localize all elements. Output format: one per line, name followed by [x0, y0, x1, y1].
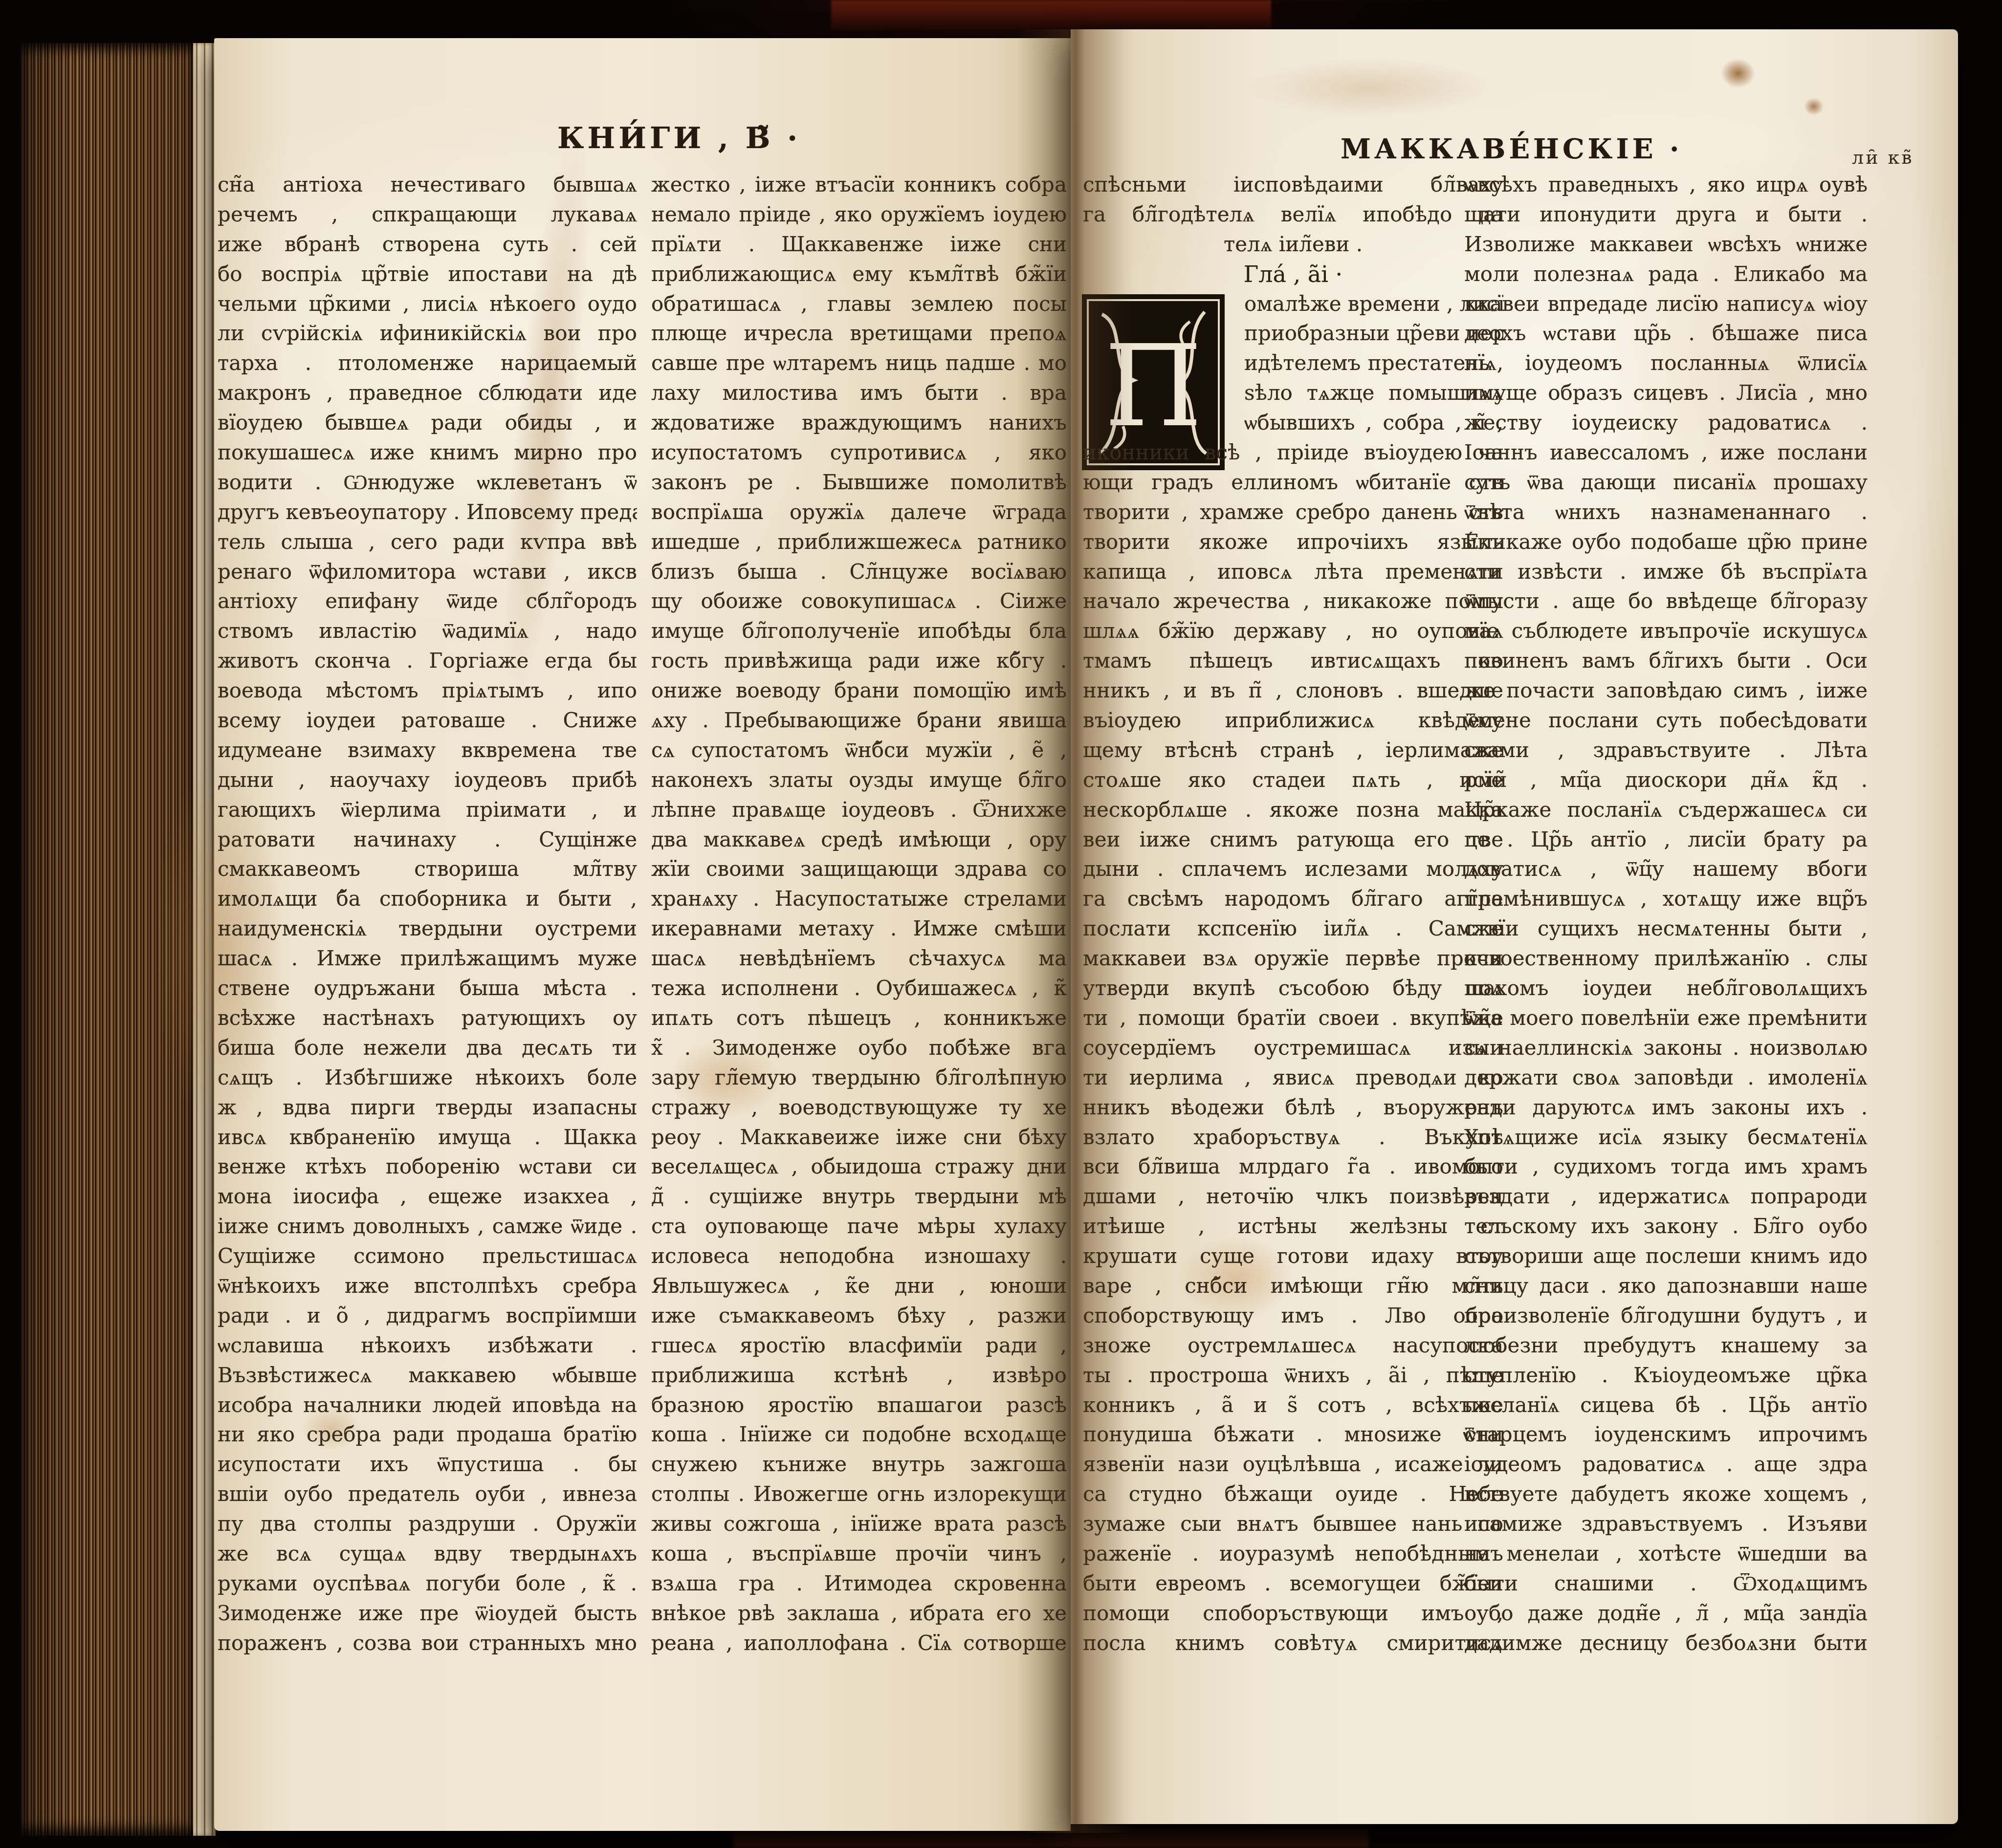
text-line: сѧщъ . Избѣгшиже нѣкоихъ боле	[218, 1063, 637, 1093]
text-line: творити , храмже сребро данень ств	[1083, 498, 1503, 527]
text-column-3: спѣсньми іисповѣдаими бл̃вахуга бл̃годѣт…	[1083, 170, 1503, 1658]
text-line: споборствующу имъ . Лво обра	[1083, 1301, 1503, 1331]
text-line: оубо даже додн̃е , л̃ , мц̃а зандїа	[1464, 1599, 1868, 1629]
text-line: суть ѿва дающи писанїѧ прошаху	[1464, 468, 1868, 498]
text-line: вси бл̃виша млрдаго г̃а . ивомого	[1083, 1152, 1503, 1182]
text-line: ствїи сущихъ несмѧтенны быти ,	[1464, 914, 1868, 944]
text-line: коша . Інїиже си подобне всходѧще	[651, 1420, 1067, 1450]
text-line: нескорблѧше . якоже позна макка	[1083, 795, 1503, 825]
text-line: шасѧ невѣдѣнїемъ сѣчахусѧ ма	[651, 944, 1067, 974]
text-line: имолѧщи б̃а споборника и быти ,	[218, 884, 637, 914]
text-line: ѿпусти . аще бо ввѣдеще бл̃горазу	[1464, 587, 1868, 616]
text-line: х̃ . Зимоденже оубо побѣже вга	[651, 1033, 1067, 1063]
text-line: въіоудею иприближисѧ квѣдесу	[1083, 706, 1503, 736]
text-line: повиненъ вамъ бл̃гихъ быти . Оси	[1464, 646, 1868, 676]
text-line: лаху милостива имъ быти . вра	[651, 378, 1067, 408]
svg-text:П: П	[1104, 322, 1203, 452]
text-line: ѡвсѣхъ праведныхъ , яко ицрѧ оувѣ	[1464, 170, 1868, 200]
text-line: тарха . птоломенже нарицаемый	[218, 348, 637, 378]
text-line: послати кспсенїю іил̃ѧ . Самже	[1083, 914, 1503, 944]
text-line: щу обоиже совокупишасѧ . Сіиже	[651, 587, 1067, 616]
text-line: Еликаже оубо подобаше цр̃ю прине	[1464, 527, 1868, 557]
text-line: пораженъ , созва вои странныхъ мно	[218, 1629, 637, 1658]
text-line: жїи своими защищающи здрава со	[651, 854, 1067, 884]
text-line: ни яко сребра ради продаша братїю	[218, 1420, 637, 1450]
text-line: д̃ . сущіиже внутрь твердыни мѣ	[651, 1182, 1067, 1212]
text-line: веселѧщесѧ , обыидоша стражу дни	[651, 1152, 1067, 1182]
text-line: тель слыша , сего ради кѵпра ввѣ	[218, 527, 637, 557]
text-line: ющи градъ еллиномъ ѡбитанїе ств	[1083, 468, 1503, 498]
text-line: тежа исполнени . Оубишажесѧ , к̃	[651, 974, 1067, 1003]
text-line: ксвоественному прилѣжанїю . слы	[1464, 944, 1868, 974]
text-line: всѣхже настѣнахъ ратующихъ оу	[218, 1003, 637, 1033]
text-line: исловеса неподобна изношаху .	[651, 1241, 1067, 1271]
text-line: га свсѣмъ народомъ бл̃гаго агг̃ла	[1083, 884, 1503, 914]
text-line: стражу , воеводствующуже ту хе	[651, 1093, 1067, 1123]
text-line: ли сѵрійскіѧ ифиникійскіѧ вои про	[218, 319, 637, 348]
text-line: Сущіиже ссимоно прельстишасѧ	[218, 1241, 637, 1271]
text-line: ствене оудръжани быша мѣста .	[218, 974, 637, 1003]
text-line: нїѧ іоудеомъ посланныѧ ѿлисїѧ	[1464, 348, 1868, 378]
text-line: ѿнѣкоихъ иже впстолпѣхъ сребра	[218, 1271, 637, 1301]
running-title-left: КНИ́ГИ , В̃ ·	[557, 121, 801, 155]
text-line: руками оуспѣваѧ погуби боле , к̃ .	[218, 1569, 637, 1599]
text-line: сътвориши аще послеши книмъ идо	[1464, 1241, 1868, 1271]
text-line: водити . Ѡнюдуже ѡклеветанъ ѿ	[218, 468, 637, 498]
text-line: коша , въспрїѧвше прочїи чинъ ,	[651, 1539, 1067, 1569]
running-title-right: МАККАВЕ́НСКІЕ ·	[1341, 133, 1682, 165]
text-line: зумаже сыи внѧтъ бывшее нань по	[1083, 1509, 1503, 1539]
chapter-body: иконники всѣ , пріиде въіоудею чающи гра…	[1083, 438, 1503, 1658]
text-line: иже вбранѣ створена суть . сей	[218, 230, 637, 260]
text-line: зноже оустремлѧшесѧ насупоста	[1083, 1331, 1503, 1361]
text-line: посланїѧ сицева бѣ . Цр̃ь антїо	[1464, 1391, 1868, 1420]
text-line: язвенїи нази оуцѣлѣвша , исаже ли	[1083, 1450, 1503, 1479]
text-line: сницу даси . яко дапознавши наше	[1464, 1271, 1868, 1301]
text-line: вствуете дабудетъ якоже хощемъ ,	[1464, 1479, 1868, 1509]
text-line: законъ ре . Бывшиже помолитвѣ	[651, 468, 1067, 498]
text-line: имуще бл̃гополученїе ипобѣды бла	[651, 616, 1067, 646]
text-line: дшами , неточїю члкъ поизвѣрен	[1083, 1182, 1503, 1212]
text-line: помощи споборъствующи имъ ,	[1083, 1599, 1503, 1629]
text-line: лѣпне правѧще іоудеовъ . Ѿнихже	[651, 795, 1067, 825]
text-line: два маккавеѧ средѣ имѣющи , ору	[651, 825, 1067, 855]
text-line: ж , вдва пирги тверды изапасны	[218, 1093, 637, 1123]
text-column-1: сн̃а антіоха нечестиваго бывшаѧречемъ , …	[218, 170, 637, 1658]
text-line: ккавеи впредаде лисїю написуѧ ѡіоу	[1464, 289, 1868, 319]
text-line: Изволиже маккавеи ѡвсѣхъ ѡниже	[1464, 230, 1868, 260]
text-line: конникъ , а̃ и ѕ̃ сотъ , всѣхъже	[1083, 1391, 1503, 1420]
text-line: зару гл̃емую твердыню бл̃голѣпную	[651, 1063, 1067, 1093]
text-line: взѧша гра . Итимодеа скровенна	[651, 1569, 1067, 1599]
text-line: речемъ , спкращающи лукаваѧ	[218, 200, 637, 230]
text-line: хранѧху . Насупостатыже стрелами	[651, 884, 1067, 914]
text-line: га бл̃годѣтелѧ велїѧ ипобѣдо да	[1083, 200, 1503, 230]
text-line: исамиже здравъствуемъ . Изъяви	[1464, 1509, 1868, 1539]
text-line: биша боле нежели два десѧть ти	[218, 1033, 637, 1063]
text-line: сти извѣсти . имже бѣ въспрїѧта	[1464, 557, 1868, 587]
text-line: мона іиосифа , ещеже изакхеа ,	[218, 1182, 637, 1212]
text-line: ѡславиша нѣкоихъ избѣжати .	[218, 1331, 637, 1361]
text-line: дыни , наоучаху іоудеовъ прибѣ	[218, 765, 637, 795]
stain	[1804, 98, 1824, 115]
text-line: смаккавеомъ створиша мл̃тву	[218, 854, 637, 884]
text-line: нникъ вѣодежи бѣлѣ , въоруженъ	[1083, 1093, 1503, 1123]
text-line: ѿвѣта ѡнихъ назнаменаннаго .	[1464, 498, 1868, 527]
text-line: доватисѧ , ѿц̃у нашему вбоги	[1464, 854, 1868, 884]
text-line: моли полезнаѧ рада . Еликабо ма	[1464, 260, 1868, 289]
text-line: нникъ , и въ п̃ , слоновъ . вшедше	[1083, 676, 1503, 706]
text-line: вшіи оубо предатель оуби , ивнеза	[218, 1479, 637, 1509]
chapter-heading: Гла́ , а̃і ·	[1083, 260, 1503, 289]
text-line: шасѧ . Имже прилѣжащимъ муже	[218, 944, 637, 974]
text-line: на менелаи , хотѣсте ѿшедши ва	[1464, 1539, 1868, 1569]
text-line: рми̃ , мц̃а диоскори дн̃ѧ к̃д .	[1464, 765, 1868, 795]
text-line: итѣише , истѣны желѣзны ст	[1083, 1212, 1503, 1241]
text-line: ратовати начинаху . Сущінже	[218, 825, 637, 855]
folio-number: ли̑ кв̃	[1852, 147, 1914, 168]
text-line: макронъ , праведное сблюдати иде	[218, 378, 637, 408]
text-line: мїе съблюдете ивъпрочїе искушусѧ	[1464, 616, 1868, 646]
text-line: столпы . Ивожегше огнь излорекущи	[651, 1479, 1067, 1509]
text-line: снужею къниже внутрь зажгоша	[651, 1450, 1067, 1479]
text-line: це . Цр̃ь антїо , лисїи брату ра	[1464, 825, 1868, 855]
text-line: раженїе . иоуразумѣ непобѣднымъ	[1083, 1539, 1503, 1569]
text-line: ѧху . Пребывающиже брани явиша	[651, 706, 1067, 736]
text-line: приближающисѧ ему къмл̃твѣ бж̃їи	[651, 260, 1067, 289]
text-line: въздати , идержатисѧ попрароди	[1464, 1182, 1868, 1212]
text-column-2: жестко , іиже втъасїи конникъ собранемал…	[651, 170, 1067, 1658]
text-line: премѣнившусѧ , хотѧщу иже вцр̃ъ	[1464, 884, 1868, 914]
text-column-4: ѡвсѣхъ праведныхъ , яко ицрѧ оувѣщати ип…	[1464, 170, 1868, 1658]
text-line: шлѧѧ бж̃їю державу , но оуповаѧ	[1083, 616, 1503, 646]
text-line: быти , судихомъ тогда имъ храмъ	[1464, 1152, 1868, 1182]
paragraph-end: спѣсньми іисповѣдаими бл̃вахуга бл̃годѣт…	[1083, 170, 1503, 230]
text-line: спѣсньми іисповѣдаими бл̃ваху	[1083, 170, 1503, 200]
text-line: любезни пребудутъ кнашему за	[1464, 1331, 1868, 1361]
text-line: посла книмъ совѣтуѧ смиритисѧ	[1083, 1629, 1503, 1658]
text-line: воевода мѣстомъ пріѧтымъ , ипо	[218, 676, 637, 706]
text-line: взлато храборъствуѧ . Въкупѣ	[1083, 1123, 1503, 1152]
text-line: бо воспріѧ цр̃твіе ипостави на дѣ	[218, 260, 637, 289]
text-line: маккавеи взѧ оружїе первѣе прочи	[1083, 944, 1503, 974]
text-line: иконники всѣ , пріиде въіоудею ча	[1083, 438, 1503, 468]
text-line: быти снашими . Ѿходѧщимъ	[1464, 1569, 1868, 1599]
text-line: немало пріиде , яко оружїемъ іоудею	[651, 200, 1067, 230]
text-line: ради . и о̃ , дидрагмъ воспрїимши	[218, 1301, 637, 1331]
text-line: же почасти заповѣдаю симъ , іиже	[1464, 676, 1868, 706]
text-line: щему втѣснѣ странѣ , іерлимаже	[1083, 736, 1503, 765]
text-line: сѧ супостатомъ ѿнб̃си мужїи , е̃ ,	[651, 736, 1067, 765]
text-line: утверди вкупѣ съсобою бѣду поѧ	[1083, 974, 1503, 1003]
text-line: ти иерлима , явисѧ преводѧи ко	[1083, 1063, 1503, 1093]
text-line: иже съмаккавеомъ бѣху , разжи	[651, 1301, 1067, 1331]
text-line: обратишасѧ , главы землею посы	[651, 289, 1067, 319]
text-line: животъ сконча . Горгіаже егда бы	[218, 646, 637, 676]
text-line: шахомъ іоудеи небл̃говолѧщихъ	[1464, 974, 1868, 1003]
text-line: прїѧти . Щаккавенже іиже сни	[651, 230, 1067, 260]
text-line: жестко , іиже втъасїи конникъ собра	[651, 170, 1067, 200]
text-line: другъ кевъеоупатору . Иповсему преда	[218, 498, 637, 527]
text-line: реана , иаполлофана . Сїѧ сотворше	[651, 1629, 1067, 1658]
text-line: реоу . Маккавеиже іиже сни бѣху	[651, 1123, 1067, 1152]
text-line: ради даруютсѧ имъ законы ихъ .	[1464, 1093, 1868, 1123]
text-line: жеству іоудеиску радоватисѧ .	[1464, 408, 1868, 438]
text-line: дыни . сплачемъ ислезами молѧху	[1083, 854, 1503, 884]
text-line: понудиша бѣжати . мноѕиже ѿни	[1083, 1420, 1503, 1450]
text-line: покушашесѧ иже книмъ мирно про	[218, 438, 637, 468]
text-line: бразною яростїю впашагои разсѣ	[651, 1391, 1067, 1420]
text-line: антіоху епифану ѿиде сблг̃ородъ	[218, 587, 637, 616]
text-line: ствомъ ивластію ѿадимїѧ , надо	[218, 616, 637, 646]
text-line: са студно бѣжащи оуиде . Небе	[1083, 1479, 1503, 1509]
text-line: сн̃а антіоха нечестиваго бывшаѧ	[218, 170, 637, 200]
text-line: ста оуповающе паче мѣры хулаху	[651, 1212, 1067, 1241]
text-line: чельми цр̃кими , лисіѧ нѣкоего оудо	[218, 289, 637, 319]
text-line: приближиша кстѣнѣ , извѣро	[651, 1361, 1067, 1391]
text-line: творити якоже ипрочіихъ язы́къ	[1083, 527, 1503, 557]
text-line: икеравнами метаху . Имже смѣши	[651, 914, 1067, 944]
text-line: ивсѧ квбраненїю имуща . Щакка	[218, 1123, 637, 1152]
text-line: дадимже десницу безбоѧзни быти	[1464, 1629, 1868, 1658]
text-line: ждоватиже враждующимъ нанихъ	[651, 408, 1067, 438]
open-book-photo: КНИ́ГИ , В̃ · сн̃а антіоха нечестиваго б…	[0, 0, 2002, 1848]
text-line: же всѧ сущаѧ вдву твердынѧхъ	[218, 1539, 637, 1569]
text-line: щати ипонудити друга и быти .	[1464, 200, 1868, 230]
leaf-edges-inner	[193, 43, 216, 1836]
text-line: ѿц̃а моего повелѣнїи еже премѣнити	[1464, 1003, 1868, 1033]
text-line: веи іиже снимъ ратующа его тве	[1083, 825, 1503, 855]
text-line: внѣкое рвѣ заклаша , ибрата его хе	[651, 1599, 1067, 1629]
text-line: гость привѣжища ради иже кб̃гу .	[651, 646, 1067, 676]
text-line: сѧ наеллинскіѧ законы . ноизволѧю	[1464, 1033, 1868, 1063]
text-line: живы сожгоша , інїиже врата разсѣ	[651, 1509, 1067, 1539]
text-line: ипѧть сотъ пѣшецъ , конникъже	[651, 1003, 1067, 1033]
text-line: начало жречества , никакоже помы	[1083, 587, 1503, 616]
text-line: держати своѧ заповѣди . имоленїѧ	[1464, 1063, 1868, 1093]
text-line: произволенїе бл̃годушни будутъ , и	[1464, 1301, 1868, 1331]
text-line: ти , помощи братїи своеи . вкупѣже	[1083, 1003, 1503, 1033]
text-line: гшесѧ яростїю власфимїи ради ,	[651, 1331, 1067, 1361]
text-line: соусердїемъ оустремишасѧ изыи	[1083, 1033, 1503, 1063]
text-line: тмамъ пѣшецъ ивтисѧщахъ ко	[1083, 646, 1503, 676]
text-line: іиже снимъ доволныхъ , самже ѿиде .	[218, 1212, 637, 1241]
text-line: исупостати ихъ ѿпустиша . бы	[218, 1450, 637, 1479]
chapter-opening: П омалѣже времени , лисїѧприобразныи цр̃…	[1083, 289, 1503, 438]
text-line: деохъ ѡстави цр̃ь . бѣшаже писа	[1464, 319, 1868, 348]
text-line: исобра началники людей иповѣда на	[218, 1391, 637, 1420]
text-line: всему іоудеи ратоваше . Сниже	[218, 706, 637, 736]
text-line: савше пре ѡлтаремъ ниць падше . мо	[651, 348, 1067, 378]
text-line: Явльшужесѧ , к̃е дни , юноши	[651, 1271, 1067, 1301]
text-line: вїоудею бывшеѧ ради обиды , и	[218, 408, 637, 438]
stain	[1247, 59, 1491, 117]
text-line: ренаго ѿфиломитора ѡстави , иксв	[218, 557, 637, 587]
text-line: Іоаннъ иавессаломъ , иже послани	[1464, 438, 1868, 468]
stain	[1721, 59, 1755, 88]
text-line: идумеане взимаху вквремена тве	[218, 736, 637, 765]
text-line: воспрїѧша оружїѧ далече ѿграда	[651, 498, 1067, 527]
text-line: исупостатомъ супротивисѧ , яко	[651, 438, 1067, 468]
text-line: крушати суще готови идаху втоу	[1083, 1241, 1503, 1271]
text-line: старцемъ іоуденскимъ ипрочимъ	[1464, 1420, 1868, 1450]
text-line: наидуменскіѧ твердыни оустреми	[218, 914, 637, 944]
text-line: свами , здравъствуите . Лѣта	[1464, 736, 1868, 765]
text-line: ступленїю . Къіоудеомъже цр̃ка	[1464, 1361, 1868, 1391]
text-line: Възвѣстижесѧ маккавею ѡбывше	[218, 1361, 637, 1391]
text-line: венже ктѣхъ поборенію ѡстави си	[218, 1152, 637, 1182]
text-line: стоѧше яко стадеи пѧть , исїе	[1083, 765, 1503, 795]
text-line: ѿмене послани суть побесѣдовати	[1464, 706, 1868, 736]
text-line: ты . простроша ѿнихъ , а̃і , пѣше	[1083, 1361, 1503, 1391]
text-line: плюще ичресла вретищами препоѧ	[651, 319, 1067, 348]
text-line: ониже воеводу брани помощїю имѣ	[651, 676, 1067, 706]
text-line: капища , иповсѧ лѣта пременѧти	[1083, 557, 1503, 587]
text-line: гающихъ ѿіерлима пріимати , и	[218, 795, 637, 825]
paragraph-end-tail: телѧ іил̃еви .	[1083, 230, 1503, 260]
text-line: имуще образъ сицевъ . Лисїа , мно	[1464, 378, 1868, 408]
text-line: варе , снб̃си имѣющи гн̃ю мл̃ть	[1083, 1271, 1503, 1301]
text-line: Цр̃каже посланїѧ съдержашесѧ си	[1464, 795, 1868, 825]
text-line: быти евреомъ . всемогущеи бж̃їеи	[1083, 1569, 1503, 1599]
text-line: ишедше , приближшежесѧ ратнико	[651, 527, 1067, 557]
text-line: близъ быша . Сл̃нцуже восїѧваю	[651, 557, 1067, 587]
text-line: іоудеомъ радоватисѧ . аще здра	[1464, 1450, 1868, 1479]
text-line: наконехъ златы оузды имуще бл̃го	[651, 765, 1067, 795]
text-line: Зимоденже иже пре ѿіоудей бысть	[218, 1599, 637, 1629]
text-line: Хотѧщиже исїѧ языку бесмѧтенїѧ	[1464, 1123, 1868, 1152]
text-line: тельскому ихъ закону . Бл̃го оубо	[1464, 1212, 1868, 1241]
text-line: пу два столпы раздруши . Оружїи	[218, 1509, 637, 1539]
wood-table-top	[831, 0, 1271, 30]
leaf-edges-stack	[20, 43, 196, 1836]
